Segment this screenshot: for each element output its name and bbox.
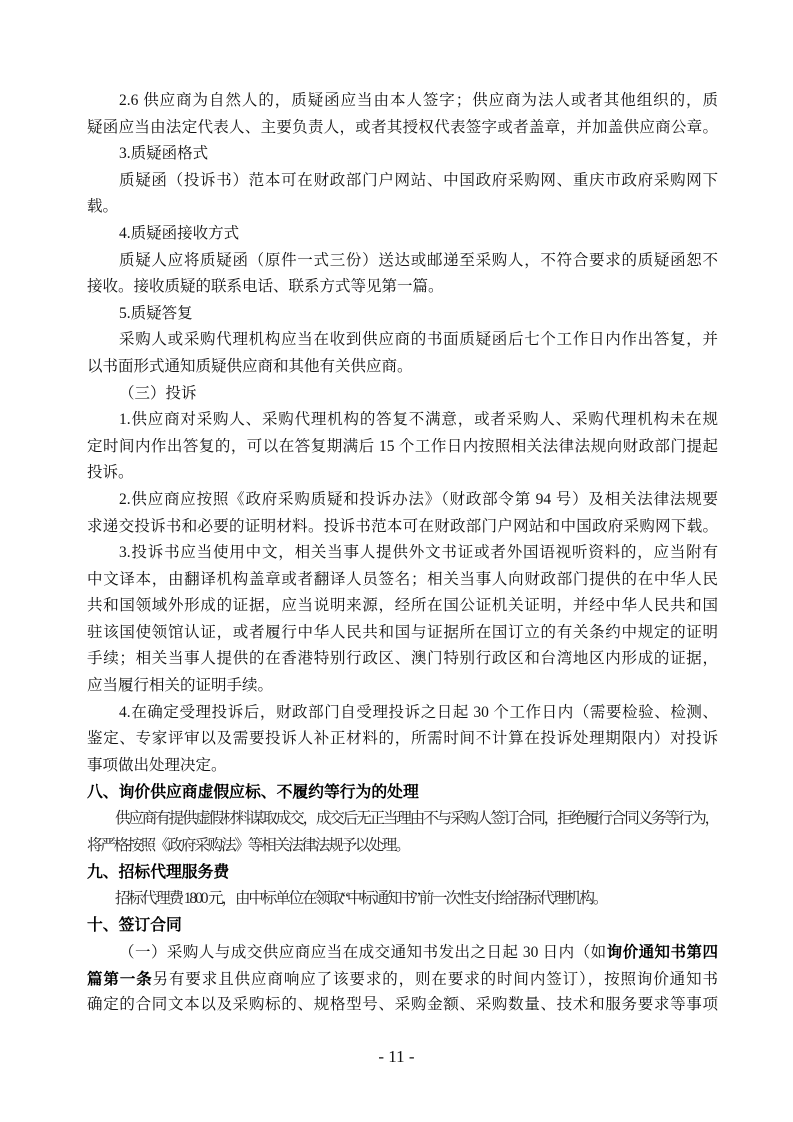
paragraph-line: 定时间内作出答复的，可以在答复期满后 15 个工作日内按照相关法律法规向财政部门… — [87, 434, 718, 461]
paragraph-line: 质疑函（投诉书）范本可在财政部门户网站、中国政府采购网、重庆市政府采购网下 — [87, 168, 718, 195]
paragraph-line: 4.在确定受理投诉后，财政部门自受理投诉之日起 30 个工作日内（需要检验、检测… — [87, 700, 718, 727]
paragraph-line: 篇第一条另有要求且供应商响应了该要求的，则在要求的时间内签订），按照询价通知书 — [87, 966, 718, 993]
document-page: 2.6 供应商为自然人的，质疑函应当由本人签字；供应商为法人或者其他组织的，质 … — [0, 0, 793, 1122]
paragraph-line: 求递交投诉书和必要的证明材料。投诉书范本可在财政部门户网站和中国政府采购网下载。 — [87, 514, 718, 541]
paragraph-line: 供应商有提供虚假材料谋取成交，成交后无正当理由不与采购人签订合同，拒绝履行合同义… — [87, 806, 718, 833]
paragraph-line: 载。 — [87, 194, 718, 221]
paragraph-line: 1.供应商对采购人、采购代理机构的答复不满意，或者采购人、采购代理机构未在规 — [87, 407, 718, 434]
section-heading-8: 八、询价供应商虚假应标、不履约等行为的处理 — [87, 779, 718, 806]
paragraph-line: 鉴定、专家评审以及需要投诉人补正材料的，所需时间不计算在投诉处理期限内）对投诉 — [87, 726, 718, 753]
paragraph-line: 采购人或采购代理机构应当在收到供应商的书面质疑函后七个工作日内作出答复，并 — [87, 327, 718, 354]
subsection-title: 3.质疑函格式 — [87, 141, 718, 168]
paragraph-line: 2.供应商应按照《政府采购质疑和投诉办法》（财政部令第 94 号）及相关法律法规… — [87, 487, 718, 514]
bold-reference-text: 询价通知书第四 — [607, 943, 718, 961]
line-text: 另有要求且供应商响应了该要求的，则在要求的时间内签订），按照询价通知书 — [153, 971, 718, 988]
subsection-title: 4.质疑函接收方式 — [87, 221, 718, 248]
paragraph-line: 将严格按照《政府采购法》等相关法律法规予以处理。 — [87, 833, 718, 860]
paragraph-line: 中文译本，由翻译机构盖章或者翻译人员签名；相关当事人向财政部门提供的在中华人民 — [87, 567, 718, 594]
paragraph-line: 以书面形式通知质疑供应商和其他有关供应商。 — [87, 354, 718, 381]
paragraph-line: 应当履行相关的证明手续。 — [87, 673, 718, 700]
paragraph-line: 疑函应当由法定代表人、主要负责人，或者其授权代表签字或者盖章，并加盖供应商公章。 — [87, 115, 718, 142]
section-heading-9: 九、招标代理服务费 — [87, 859, 718, 886]
paragraph-line: 确定的合同文本以及采购标的、规格型号、采购金额、采购数量、技术和服务要求等事项 — [87, 992, 718, 1019]
document-body: 2.6 供应商为自然人的，质疑函应当由本人签字；供应商为法人或者其他组织的，质 … — [87, 88, 718, 1019]
paragraph-line: （一）采购人与成交供应商应当在成交通知书发出之日起 30 日内（如询价通知书第四 — [87, 939, 718, 966]
paragraph-line: 事项做出处理决定。 — [87, 753, 718, 780]
paragraph-line: 质疑人应将质疑函（原件一式三份）送达或邮递至采购人，不符合要求的质疑函恕不 — [87, 248, 718, 275]
paragraph-line: 共和国领域外形成的证据，应当说明来源，经所在国公证机关证明，并经中华人民共和国 — [87, 593, 718, 620]
section-heading-10: 十、签订合同 — [87, 912, 718, 939]
bold-reference-text: 篇第一条 — [87, 970, 153, 988]
paragraph-line: 驻该国使领馆认证，或者履行中华人民共和国与证据所在国订立的有关条约中规定的证明 — [87, 620, 718, 647]
paragraph-line: 手续；相关当事人提供的在香港特别行政区、澳门特别行政区和台湾地区内形成的证据， — [87, 646, 718, 673]
paragraph-line: 2.6 供应商为自然人的，质疑函应当由本人签字；供应商为法人或者其他组织的，质 — [87, 88, 718, 115]
page-number: - 11 - — [0, 1046, 793, 1068]
paragraph-line: 投诉。 — [87, 460, 718, 487]
paragraph-line: 3.投诉书应当使用中文，相关当事人提供外文书证或者外国语视听资料的，应当附有 — [87, 540, 718, 567]
paragraph-line: 招标代理费 1800 元，由中标单位在领取“中标通知书”前一次性支付给招标代理机… — [87, 886, 718, 913]
line-text: （一）采购人与成交供应商应当在成交通知书发出之日起 30 日内（如 — [119, 944, 607, 961]
subsection-title: 5.质疑答复 — [87, 301, 718, 328]
paragraph-line: 接收。接收质疑的联系电话、联系方式等见第一篇。 — [87, 274, 718, 301]
subsection-title: （三）投诉 — [87, 381, 718, 408]
